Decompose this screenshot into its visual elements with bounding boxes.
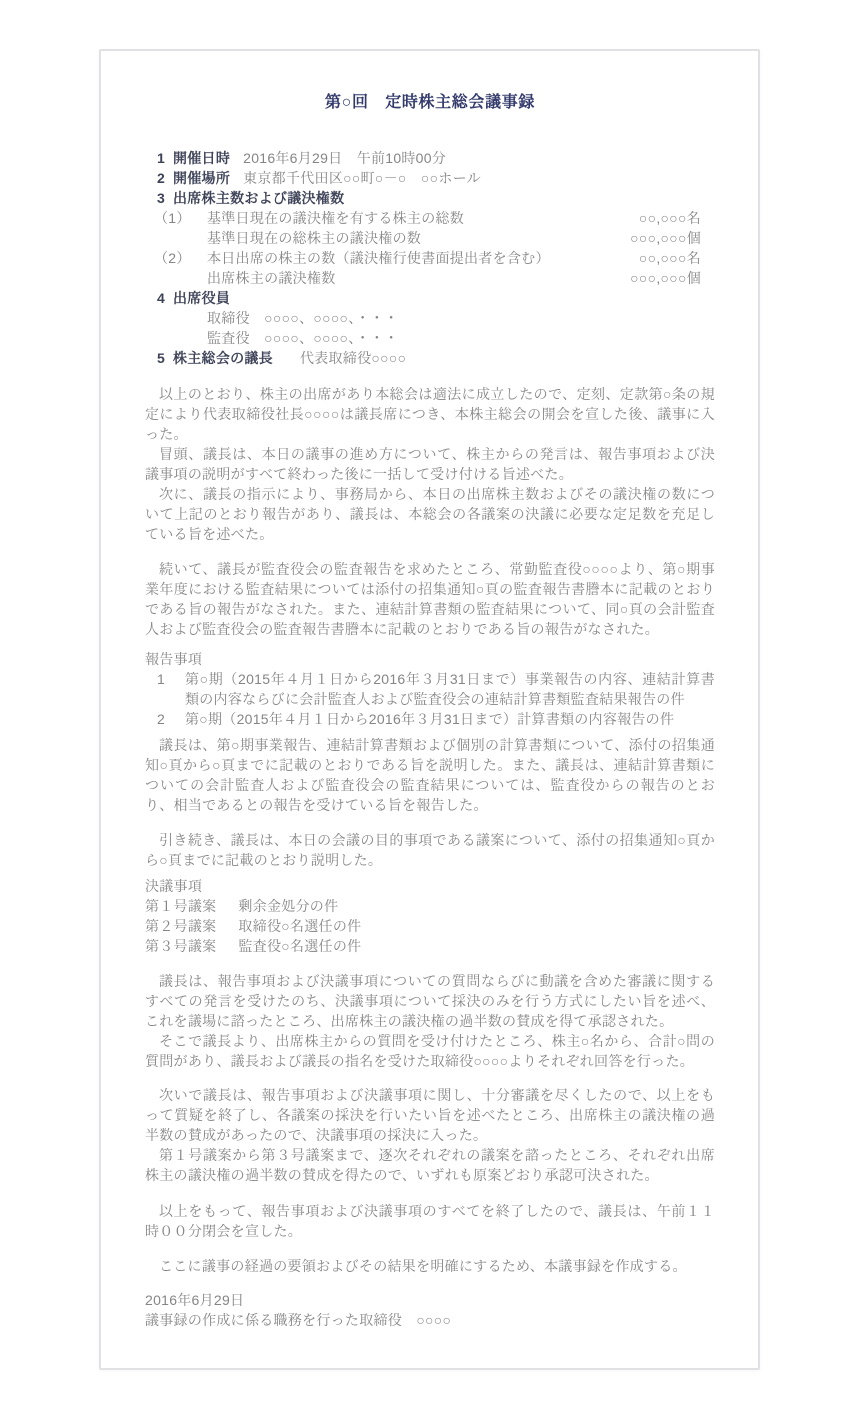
- meta-item-chairman: 5 株主総会の議長 代表取締役○○○○: [145, 348, 715, 368]
- meta-item-label: 開催日時: [173, 148, 230, 168]
- meta-item-label: 出席役員: [173, 288, 230, 308]
- attendance-row-value: ○○,○○○名: [639, 248, 715, 268]
- attendance-row: （1） 基準日現在の議決権を有する株主の総数 ○○,○○○名: [145, 208, 715, 228]
- attendance-row-prefix: [154, 268, 207, 288]
- meta-item-number: 5: [145, 348, 173, 368]
- resolution-item-text: 監査役○名選任の件: [238, 936, 361, 956]
- paragraph-proceedings: 冒頭、議長は、本日の議事の進め方について、株主からの発言は、報告事項および決議事…: [145, 444, 715, 484]
- report-section-heading: 報告事項: [145, 649, 715, 669]
- report-item-text: 第○期（2015年４月１日から2016年３月31日まで）計算書類の内容報告の件: [185, 711, 674, 727]
- paragraph-opening: 以上のとおり、株主の出席があり本総会は適法に成立したので、定刻、定款第○条の規定…: [145, 384, 715, 444]
- meta-item-label: 株主総会の議長: [173, 348, 273, 368]
- meta-item-label: 出席株主数および議決権数: [173, 188, 344, 208]
- attendance-row-text: 基準日現在の議決権を有する株主の総数: [207, 208, 464, 228]
- paragraph-deliberation: 議長は、報告事項および決議事項についての質問ならびに動議を含めた審議に関するすべ…: [145, 971, 715, 1031]
- resolution-item: 第１号議案 剰余金処分の件: [145, 896, 715, 916]
- officers-directors-line: 取締役 ○○○○、○○○○、・・・: [145, 308, 715, 328]
- paragraph-agenda-continuation: 引き続き、議長は、本日の会議の目的事項である議案について、添付の招集通知○頁から…: [145, 830, 715, 870]
- meta-item-place: 2 開催場所 東京都千代田区○○町○－○ ○○ホール: [145, 168, 715, 188]
- meta-item-value: 東京都千代田区○○町○－○ ○○ホール: [243, 168, 481, 188]
- attendance-row-prefix: （2）: [154, 248, 207, 268]
- attendance-row-prefix: [154, 228, 207, 248]
- attendance-row: （2） 本日出席の株主の数（議決権行使書面提出者を含む） ○○,○○○名: [145, 248, 715, 268]
- document-title: 第○回 定時株主総会議事録: [145, 93, 715, 113]
- paragraph-attestation: ここに議事の経過の要領およびその結果を明確にするため、本議事録を作成する。: [145, 1256, 715, 1276]
- resolution-item-text: 取締役○名選任の件: [238, 916, 361, 936]
- report-item-number: 1: [157, 669, 165, 689]
- attendance-row: 基準日現在の総株主の議決権の数 ○○○,○○○個: [145, 228, 715, 248]
- paragraph-report-explanation: 議長は、第○期事業報告、連結計算書類および個別の計算書類について、添付の招集通知…: [145, 735, 715, 815]
- resolution-item: 第３号議案 監査役○名選任の件: [145, 936, 715, 956]
- resolution-section-heading: 決議事項: [145, 876, 715, 896]
- paragraph-audit-report: 続いて、議長が監査役会の監査報告を求めたところ、常勤監査役○○○○より、第○期事…: [145, 559, 715, 639]
- meta-item-number: 1: [145, 148, 173, 168]
- resolution-item-number: 第１号議案: [145, 896, 216, 916]
- attendance-row-prefix: （1）: [154, 208, 207, 228]
- meeting-minutes-page: { "title": "第○回 定時株主総会議事録", "colors": { …: [0, 0, 860, 1420]
- meta-item-date: 1 開催日時 2016年6月29日 午前10時00分: [145, 148, 715, 168]
- paragraph-adjournment: 以上をもって、報告事項および決議事項のすべてを終了したので、議長は、午前１１時０…: [145, 1201, 715, 1241]
- meta-item-value: 代表取締役○○○○: [300, 348, 406, 368]
- meta-item-label: 開催場所: [173, 168, 230, 188]
- report-item: 2 第○期（2015年４月１日から2016年３月31日まで）計算書類の内容報告の…: [145, 709, 715, 729]
- officers-auditors-line: 監査役 ○○○○、○○○○、・・・: [145, 328, 715, 348]
- report-item-number: 2: [157, 709, 165, 729]
- resolution-item-number: 第３号議案: [145, 936, 216, 956]
- attendance-row: 出席株主の議決権数 ○○○,○○○個: [145, 268, 715, 288]
- meta-item-number: 4: [145, 288, 173, 308]
- attendance-row-value: ○○,○○○名: [639, 208, 715, 228]
- meta-item-attendance: 3 出席株主数および議決権数: [145, 188, 715, 208]
- paragraph-quorum: 次に、議長の指示により、事務局から、本日の出席株主数およびその議決権の数について…: [145, 484, 715, 544]
- meta-item-value: 2016年6月29日 午前10時00分: [243, 148, 446, 168]
- attendance-row-text: 基準日現在の総株主の議決権の数: [207, 228, 421, 248]
- paragraph-questions: そこで議長より、出席株主からの質問を受け付けたところ、株主○名から、合計○問の質…: [145, 1031, 715, 1071]
- document-card: 第○回 定時株主総会議事録 1 開催日時 2016年6月29日 午前10時00分…: [99, 49, 760, 1370]
- resolution-item-text: 剰余金処分の件: [238, 896, 338, 916]
- attendance-row-text: 本日出席の株主の数（議決権行使書面提出者を含む）: [207, 248, 550, 268]
- paragraph-voting: 次いで議長は、報告事項および決議事項に関し、十分審議を尽くしたので、以上をもって…: [145, 1085, 715, 1145]
- attendance-row-value: ○○○,○○○個: [630, 228, 715, 248]
- document-author: 議事録の作成に係る職務を行った取締役 ○○○○: [145, 1310, 715, 1330]
- resolution-item: 第２号議案 取締役○名選任の件: [145, 916, 715, 936]
- report-item: 1 第○期（2015年４月１日から2016年３月31日まで）事業報告の内容、連結…: [145, 669, 715, 709]
- resolution-item-number: 第２号議案: [145, 916, 216, 936]
- meta-item-officers: 4 出席役員: [145, 288, 715, 308]
- meta-item-number: 3: [145, 188, 173, 208]
- document-date: 2016年6月29日: [145, 1290, 715, 1310]
- attendance-row-value: ○○○,○○○個: [630, 268, 715, 288]
- report-item-text: 第○期（2015年４月１日から2016年３月31日まで）事業報告の内容、連結計算…: [185, 671, 715, 707]
- attendance-row-text: 出席株主の議決権数: [207, 268, 336, 288]
- paragraph-approval: 第１号議案から第３号議案まで、逐次それぞれの議案を諮ったところ、それぞれ出席株主…: [145, 1145, 715, 1185]
- meta-item-number: 2: [145, 168, 173, 188]
